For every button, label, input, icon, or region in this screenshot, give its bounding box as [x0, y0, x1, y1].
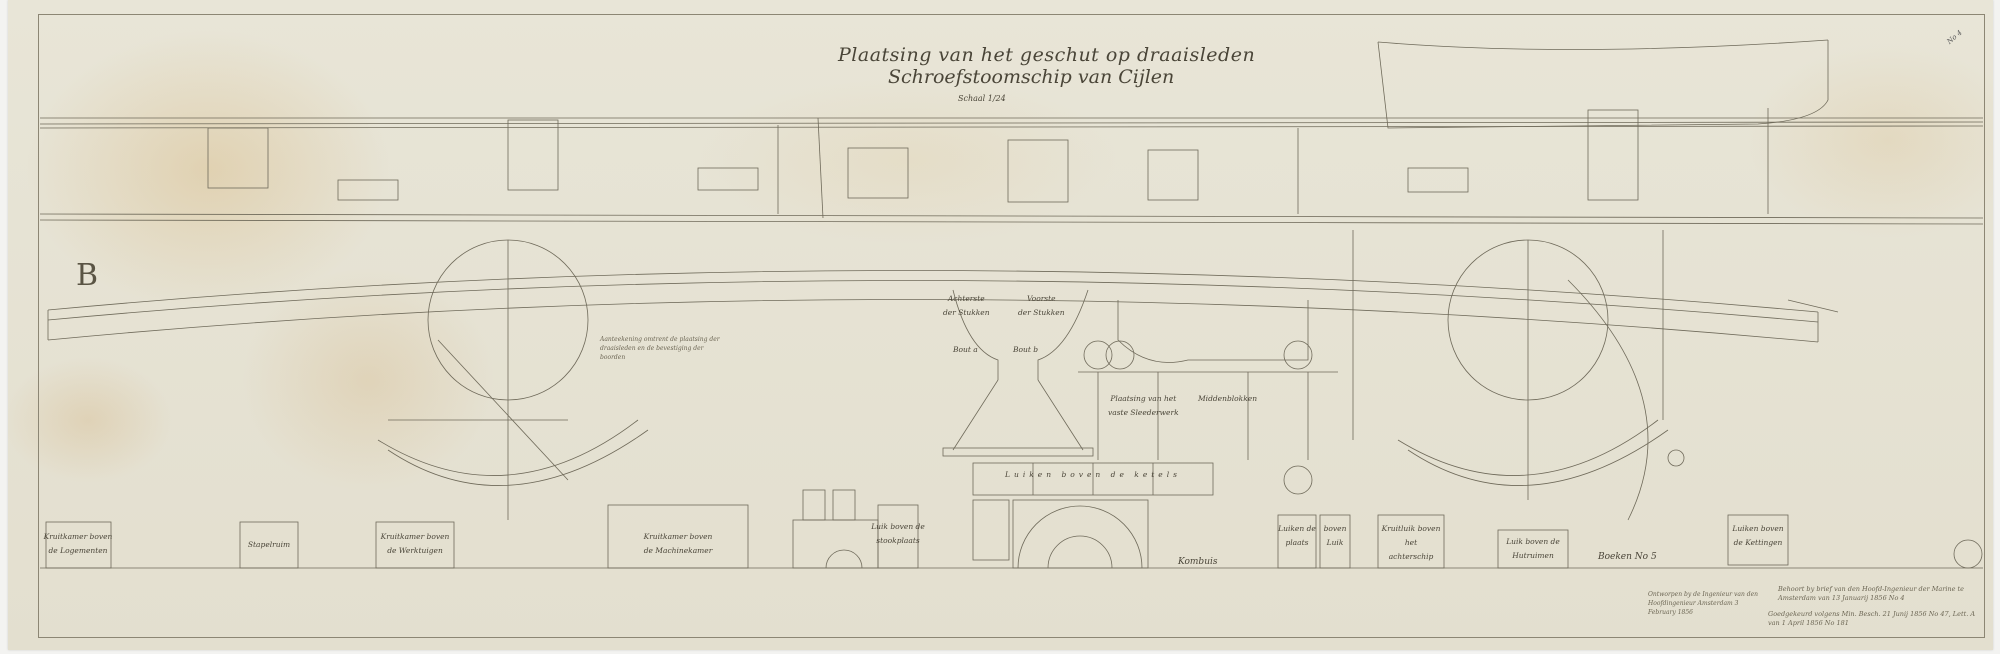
ship-name: Schroefstoomschip van Cijlen — [888, 66, 1174, 88]
scale-note: Schaal 1/24 — [958, 94, 1006, 103]
label-bolt-a: Bout a — [953, 343, 978, 357]
annotation-ontworpen: Ontworpen by de Ingenieur van den Hoofdi… — [1648, 590, 1758, 617]
annotation-behoort: Behoort by brief van den Hoofd-Ingenieur… — [1778, 585, 1978, 603]
handwritten-note: Aanteekening omtrent de plaatsing der dr… — [600, 335, 730, 362]
drawing-sheet: Plaatsing van het geschut op draaisleden… — [8, 0, 1993, 650]
compartment-label: Luiken bovende Kettingen — [1728, 522, 1788, 550]
drawing-title: Plaatsing van het geschut op draaisleden — [838, 44, 1255, 66]
label-plaatsing: Plaatsing van hetvaste Sleederwerk — [1108, 392, 1179, 420]
label-voorste: Voorsteder Stukken — [1018, 292, 1065, 320]
label-middenblokken: Middenblokken — [1198, 392, 1257, 406]
label-bolt-b: Bout b — [1013, 343, 1038, 357]
compartment-label: Luik boven destookplaats — [870, 520, 926, 548]
compartment-label: Luik boven deHutruimen — [1498, 535, 1568, 563]
compartment-label: Kruitkamer bovende Machinekamer — [618, 530, 738, 558]
compartment-label: Kruitkamer bovende Logementen — [38, 530, 118, 558]
annotation-goedgekeurd: Goedgekeurd volgens Min. Besch. 21 Junij… — [1768, 610, 1978, 628]
luiken-strip-label: Luiken boven de ketels — [974, 468, 1212, 482]
compartment-label: bovenLuik — [1318, 522, 1352, 550]
compartment-label: Stapelruim — [240, 538, 298, 552]
label-achterste: Achtersteder Stukken — [943, 292, 990, 320]
label-kombuis: Kombuis — [1178, 555, 1218, 569]
compartment-label: Kruitluik boven hetachterschip — [1376, 522, 1446, 564]
compartment-label: Luiken deplaats — [1276, 522, 1318, 550]
section-letter: B — [76, 258, 98, 293]
label-boeken: Boeken No 5 — [1598, 550, 1657, 564]
compartment-label: Kruitkamer bovende Werktuigen — [373, 530, 457, 558]
